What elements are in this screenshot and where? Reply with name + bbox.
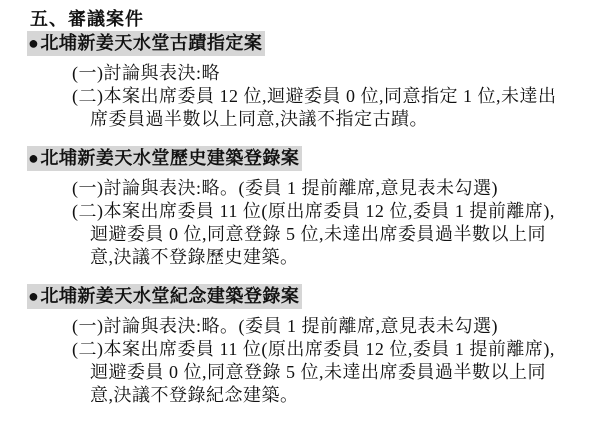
- item-continuation-line: 迴避委員 0 位,同意登錄 5 位,未達出席委員過半數以上同: [90, 361, 600, 384]
- bullet-icon: ●: [28, 284, 39, 309]
- document-page: 五、審議案件 ●北埔新姜天水堂古蹟指定案 (一)討論與表決:略 (二)本案出席委…: [0, 0, 600, 427]
- item-text: 討論與表決:略。(委員 1 提前離席,意見表未勾選): [104, 178, 499, 198]
- item-label: (一): [72, 316, 104, 336]
- item-line: (二)本案出席委員 11 位(原出席委員 12 位,委員 1 提前離席),: [72, 200, 600, 223]
- item-text: 本案出席委員 11 位(原出席委員 12 位,委員 1 提前離席),: [104, 339, 555, 359]
- case-section-commemorative-building: ●北埔新姜天水堂紀念建築登錄案 (一)討論與表決:略。(委員 1 提前離席,意見…: [27, 284, 600, 407]
- item-text: 本案出席委員 12 位,迴避委員 0 位,同意指定 1 位,未達出: [104, 86, 557, 106]
- case-heading-row: ●北埔新姜天水堂歷史建築登錄案: [27, 146, 600, 171]
- item-label: (二): [72, 201, 104, 221]
- item-continuation-line: 意,決議不登錄歷史建築。: [90, 246, 600, 269]
- case-heading-text: 北埔新姜天水堂紀念建築登錄案: [40, 286, 299, 306]
- case-heading-row: ●北埔新姜天水堂古蹟指定案: [27, 31, 600, 56]
- item-line: (二)本案出席委員 11 位(原出席委員 12 位,委員 1 提前離席),: [72, 338, 600, 361]
- item-line: (一)討論與表決:略。(委員 1 提前離席,意見表未勾選): [72, 177, 600, 200]
- case-section-historic-building: ●北埔新姜天水堂歷史建築登錄案 (一)討論與表決:略。(委員 1 提前離席,意見…: [27, 146, 600, 269]
- item-continuation-line: 席委員過半數以上同意,決議不指定古蹟。: [90, 108, 600, 131]
- item-text: 討論與表決:略: [104, 63, 221, 83]
- item-label: (二): [72, 339, 104, 359]
- item-line: (一)討論與表決:略: [72, 62, 600, 85]
- case-heading-highlight: ●北埔新姜天水堂歷史建築登錄案: [27, 146, 302, 171]
- item-label: (二): [72, 86, 104, 106]
- item-text: 本案出席委員 11 位(原出席委員 12 位,委員 1 提前離席),: [104, 201, 555, 221]
- item-line: (二)本案出席委員 12 位,迴避委員 0 位,同意指定 1 位,未達出: [72, 85, 600, 108]
- case-heading-highlight: ●北埔新姜天水堂古蹟指定案: [27, 31, 265, 56]
- item-continuation-line: 意,決議不登錄紀念建築。: [90, 384, 600, 407]
- bullet-icon: ●: [28, 31, 39, 56]
- case-heading-text: 北埔新姜天水堂歷史建築登錄案: [40, 148, 299, 168]
- item-label: (一): [72, 178, 104, 198]
- case-heading-text: 北埔新姜天水堂古蹟指定案: [40, 33, 262, 53]
- item-line: (一)討論與表決:略。(委員 1 提前離席,意見表未勾選): [72, 315, 600, 338]
- item-text: 討論與表決:略。(委員 1 提前離席,意見表未勾選): [104, 316, 499, 336]
- bullet-icon: ●: [28, 146, 39, 171]
- case-heading-highlight: ●北埔新姜天水堂紀念建築登錄案: [27, 284, 302, 309]
- case-section-historic-site: ●北埔新姜天水堂古蹟指定案 (一)討論與表決:略 (二)本案出席委員 12 位,…: [27, 31, 600, 131]
- item-label: (一): [72, 63, 104, 83]
- case-heading-row: ●北埔新姜天水堂紀念建築登錄案: [27, 284, 600, 309]
- page-title: 五、審議案件: [30, 8, 600, 31]
- item-continuation-line: 迴避委員 0 位,同意登錄 5 位,未達出席委員過半數以上同: [90, 223, 600, 246]
